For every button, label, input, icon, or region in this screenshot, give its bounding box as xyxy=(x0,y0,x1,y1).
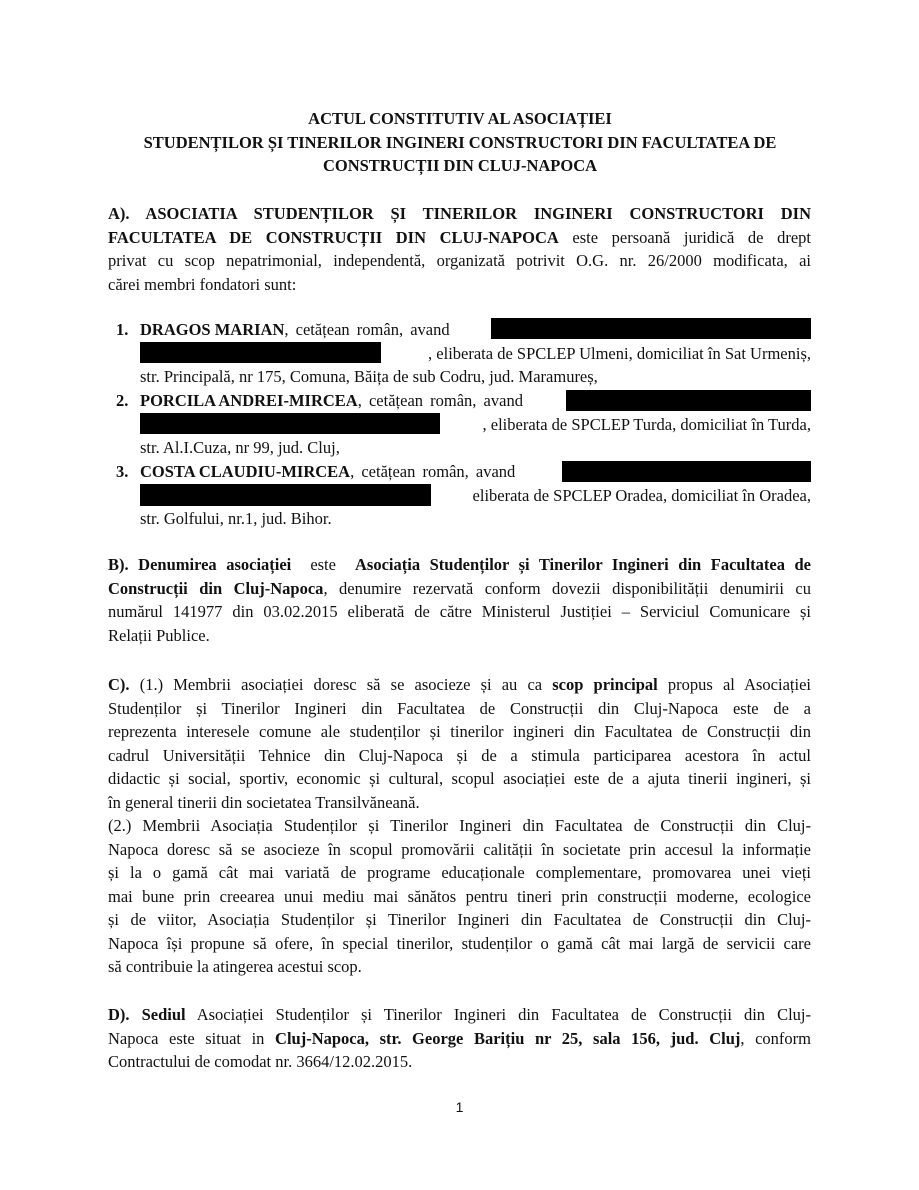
redaction-box xyxy=(566,390,811,411)
document-title: ACTUL CONSTITUTIV AL ASOCIAȚIEI STUDENȚI… xyxy=(100,107,820,178)
redaction-box xyxy=(491,318,811,339)
section-b: B). Denumirea asociației este Asociația … xyxy=(108,553,811,647)
section-c-label: C). xyxy=(108,675,130,694)
section-d-label: D). Sediul xyxy=(108,1005,186,1024)
founder-name: PORCILA ANDREI-MIRCEA xyxy=(140,391,358,410)
page-number: 1 xyxy=(0,1099,919,1115)
section-a-heading-1: A). ASOCIATIA STUDENȚILOR ȘI TINERILOR I… xyxy=(108,204,811,223)
redaction-box xyxy=(140,413,440,434)
title-line-1: ACTUL CONSTITUTIV AL ASOCIAȚIEI xyxy=(100,107,820,131)
section-c: C). (1.) Membrii asociației doresc să se… xyxy=(108,673,811,979)
document-page: ACTUL CONSTITUTIV AL ASOCIAȚIEI STUDENȚI… xyxy=(0,0,919,1190)
founder-name: COSTA CLAUDIU-MIRCEA xyxy=(140,462,350,481)
founder-name: DRAGOS MARIAN xyxy=(140,320,284,339)
section-d: D). Sediul Asociației Studenților și Tin… xyxy=(108,1003,811,1074)
section-b-label: B). Denumirea asociației xyxy=(108,555,291,574)
section-a-heading-2: FACULTATEA DE CONSTRUCȚII DIN CLUJ-NAPOC… xyxy=(108,228,559,247)
redaction-box xyxy=(140,342,381,363)
section-a: A). ASOCIATIA STUDENȚILOR ȘI TINERILOR I… xyxy=(108,202,811,296)
redaction-box xyxy=(562,461,811,482)
title-line-2: STUDENȚILOR ȘI TINERILOR INGINERI CONSTR… xyxy=(100,131,820,155)
title-line-3: CONSTRUCȚII DIN CLUJ-NAPOCA xyxy=(100,154,820,178)
redaction-box xyxy=(140,484,431,506)
